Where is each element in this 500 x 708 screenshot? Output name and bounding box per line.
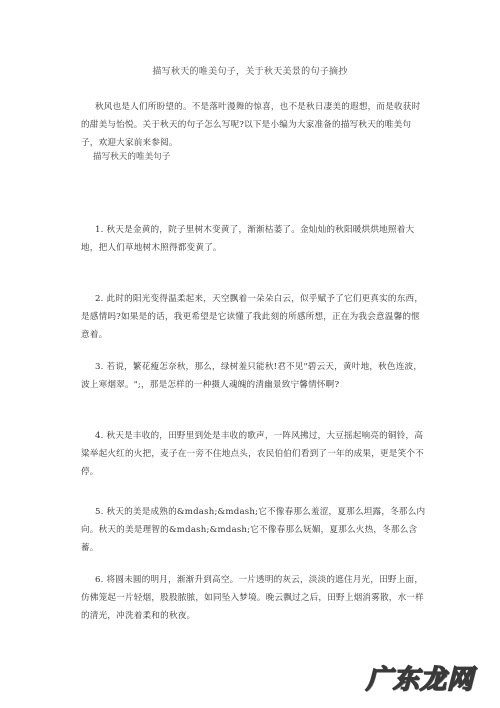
list-item: 4. 秋天是丰收的，田野里到处是丰收的歌声，一阵风拂过，大豆摇起响亮的铜铃，高粱… [81,427,426,481]
watermark-logo: 广东龙网 [366,659,474,696]
intro-paragraph: 秋风也是人们所盼望的。不是落叶漫舞的惊喜，也不是秋日凄美的遐想，而是收获时的甜美… [81,98,426,152]
list-item: 5. 秋天的美是成熟的&mdash;&mdash;它不像春那么羞涩，夏那么坦露，… [81,503,426,557]
document-page: 描写秋天的唯美句子，关于秋天美景的句子摘抄 秋风也是人们所盼望的。不是落叶漫舞的… [0,0,500,708]
list-item: 6. 将圆未圆的明月，渐渐升到高空。一片透明的灰云，淡淡的遮住月光，田野上面，仿… [81,571,426,625]
document-title: 描写秋天的唯美句子，关于秋天美景的句子摘抄 [0,64,500,77]
list-item: 2. 此时的阳光变得温柔起来，天空飘着一朵朵白云，似乎赋予了它们更真实的东西，是… [81,290,426,344]
list-item: 1. 秋天是金黄的，院子里树木变黄了，渐渐枯萎了。金灿灿的秋阳暖烘烘地照着大地，… [81,221,426,257]
list-item: 3. 若说，繁花瘦怎奈秋，那么，绿树羞只能秋!君不见"碧云天，黄叶地，秋色连波，… [81,358,426,394]
section-heading: 描写秋天的唯美句子 [93,150,170,162]
